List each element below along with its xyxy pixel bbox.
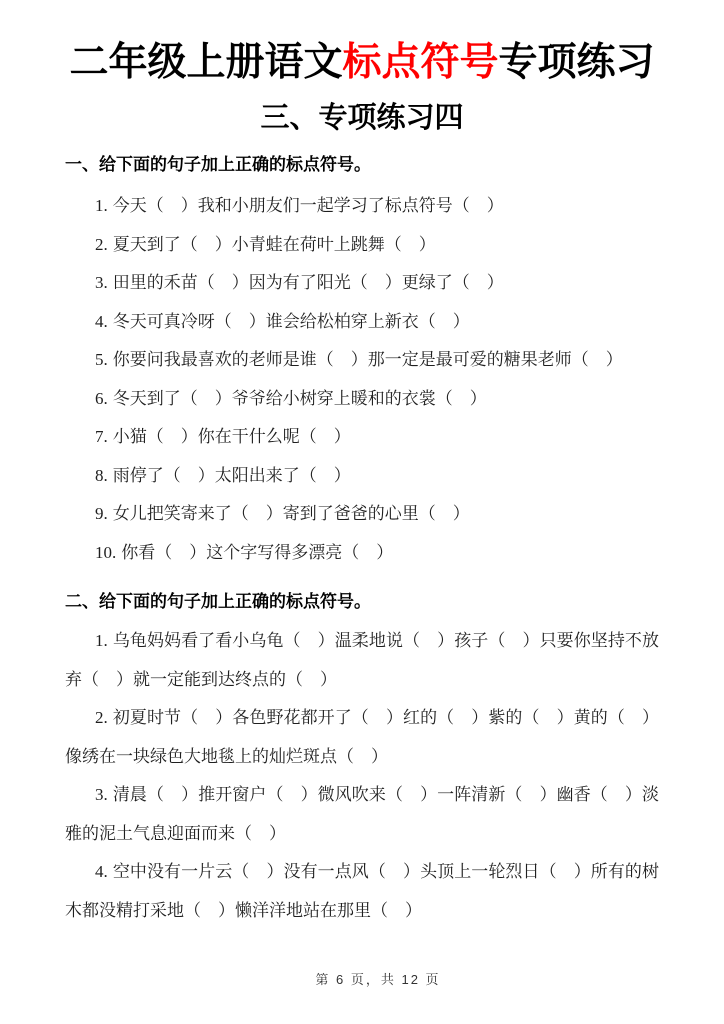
question-item: 9.女儿把笑寄来了（ ）寄到了爸爸的心里（ ） [65, 495, 659, 534]
question-item: 8.雨停了（ ）太阳出来了（ ） [65, 457, 659, 496]
subtitle: 三、专项练习四 [65, 98, 659, 138]
question-number: 4. [95, 312, 108, 331]
page-number: 第 6 页，共 12 页 [315, 972, 440, 987]
question-item: 2.初夏时节（ ）各色野花都开了（ ）红的（ ）紫的（ ）黄的（ ）像绣在一块绿… [65, 699, 659, 776]
section-1-heading: 一、给下面的句子加上正确的标点符号。 [65, 153, 659, 177]
question-item: 1.今天（ ）我和小朋友们一起学习了标点符号（ ） [65, 187, 659, 226]
question-number: 1. [95, 631, 108, 650]
question-item: 7.小猫（ ）你在干什么呢（ ） [65, 418, 659, 457]
question-number: 6. [95, 389, 108, 408]
question-item: 2.夏天到了（ ）小青蛙在荷叶上跳舞（ ） [65, 226, 659, 265]
question-text: 你要问我最喜欢的老师是谁（ ）那一定是最可爱的糖果老师（ ） [113, 350, 623, 369]
question-text: 女儿把笑寄来了（ ）寄到了爸爸的心里（ ） [113, 504, 470, 523]
question-item: 1.乌龟妈妈看了看小乌龟（ ）温柔地说（ ）孩子（ ）只要你坚持不放弃（ ）就一… [65, 622, 659, 699]
question-text: 冬天可真冷呀（ ）谁会给松柏穿上新衣（ ） [113, 312, 470, 331]
question-text: 夏天到了（ ）小青蛙在荷叶上跳舞（ ） [113, 235, 436, 254]
question-item: 3.田里的禾苗（ ）因为有了阳光（ ）更绿了（ ） [65, 264, 659, 303]
question-item: 6.冬天到了（ ）爷爷给小树穿上暖和的衣裳（ ） [65, 380, 659, 419]
page-title: 二年级上册语文标点符号专项练习 [65, 40, 659, 86]
title-part1: 二年级上册语文 [69, 41, 342, 84]
question-text: 初夏时节（ ）各色野花都开了（ ）红的（ ）紫的（ ）黄的（ ）像绣在一块绿色大… [65, 708, 659, 766]
question-item: 5.你要问我最喜欢的老师是谁（ ）那一定是最可爱的糖果老师（ ） [65, 341, 659, 380]
question-number: 1. [95, 196, 108, 215]
question-text: 田里的禾苗（ ）因为有了阳光（ ）更绿了（ ） [113, 273, 504, 292]
question-text: 今天（ ）我和小朋友们一起学习了标点符号（ ） [113, 196, 504, 215]
question-number: 5. [95, 350, 108, 369]
question-item: 3.清晨（ ）推开窗户（ ）微风吹来（ ）一阵清新（ ）幽香（ ）淡雅的泥土气息… [65, 776, 659, 853]
question-number: 2. [95, 708, 108, 727]
question-number: 3. [95, 273, 108, 292]
question-text: 空中没有一片云（ ）没有一点风（ ）头顶上一轮烈日（ ）所有的树木都没精打采地（… [65, 862, 659, 920]
worksheet-page: 二年级上册语文标点符号专项练习 三、专项练习四 一、给下面的句子加上正确的标点符… [0, 0, 724, 1024]
question-item: 4.空中没有一片云（ ）没有一点风（ ）头顶上一轮烈日（ ）所有的树木都没精打采… [65, 853, 659, 930]
question-number: 2. [95, 235, 108, 254]
question-number: 8. [95, 466, 108, 485]
question-number: 10. [95, 543, 116, 562]
section-1-items: 1.今天（ ）我和小朋友们一起学习了标点符号（ ）2.夏天到了（ ）小青蛙在荷叶… [65, 187, 659, 572]
section-2-heading: 二、给下面的句子加上正确的标点符号。 [65, 590, 659, 614]
question-text: 清晨（ ）推开窗户（ ）微风吹来（ ）一阵清新（ ）幽香（ ）淡雅的泥土气息迎面… [65, 785, 659, 843]
question-text: 你看（ ）这个字写得多漂亮（ ） [121, 543, 393, 562]
title-part2: 专项练习 [499, 41, 655, 84]
question-number: 4. [95, 862, 108, 881]
question-number: 7. [95, 427, 108, 446]
question-text: 乌龟妈妈看了看小乌龟（ ）温柔地说（ ）孩子（ ）只要你坚持不放弃（ ）就一定能… [65, 631, 659, 689]
question-text: 小猫（ ）你在干什么呢（ ） [113, 427, 351, 446]
title-highlight: 标点符号 [342, 41, 498, 84]
question-number: 3. [95, 785, 108, 804]
page-footer: 第 6 页，共 12 页 [0, 972, 724, 988]
question-text: 雨停了（ ）太阳出来了（ ） [113, 466, 351, 485]
question-text: 冬天到了（ ）爷爷给小树穿上暖和的衣裳（ ） [113, 389, 487, 408]
section-2-items: 1.乌龟妈妈看了看小乌龟（ ）温柔地说（ ）孩子（ ）只要你坚持不放弃（ ）就一… [65, 622, 659, 930]
sections-container: 一、给下面的句子加上正确的标点符号。1.今天（ ）我和小朋友们一起学习了标点符号… [65, 153, 659, 930]
question-number: 9. [95, 504, 108, 523]
question-item: 4.冬天可真冷呀（ ）谁会给松柏穿上新衣（ ） [65, 303, 659, 342]
question-item: 10.你看（ ）这个字写得多漂亮（ ） [65, 534, 659, 573]
